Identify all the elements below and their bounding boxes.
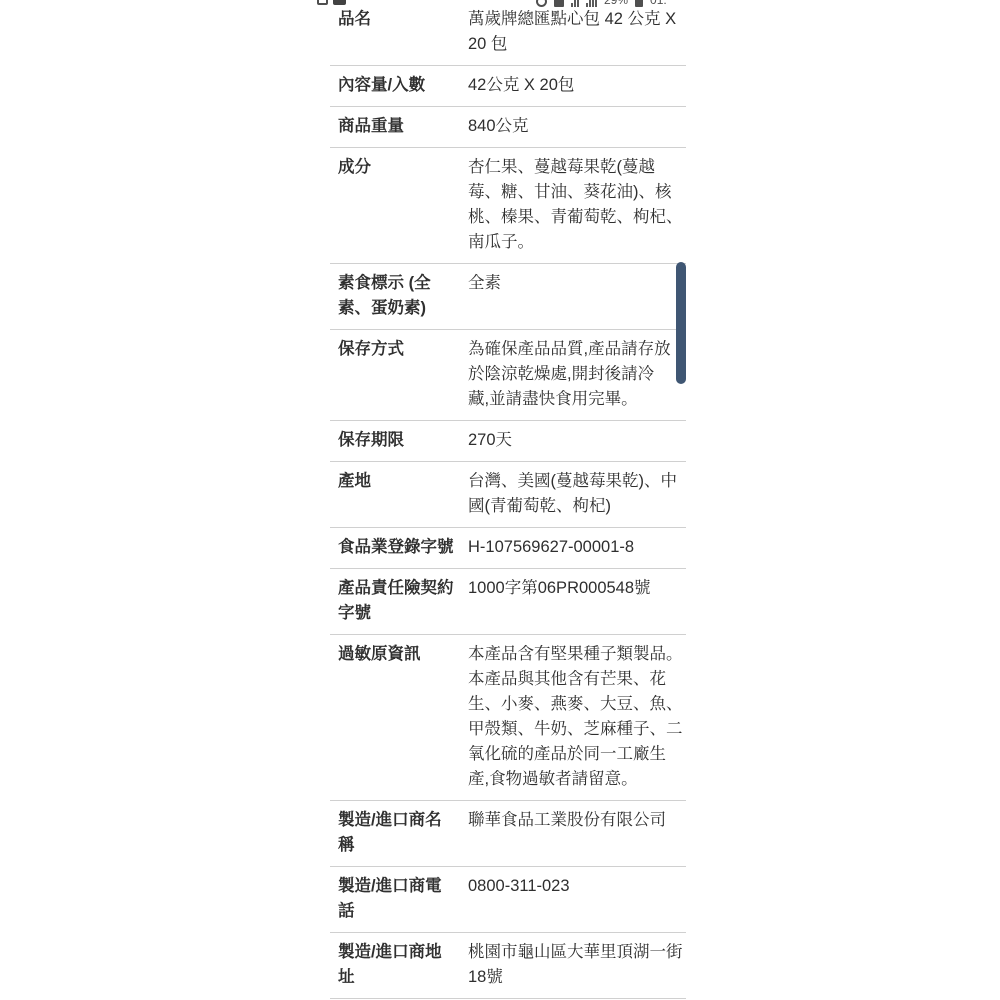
table-row-shelf-life: 保存期限 270天: [330, 421, 686, 462]
notification-filled-icon: [333, 0, 346, 5]
row-value: 1000字第06PR000548號: [468, 576, 686, 626]
person-icon: [554, 0, 564, 7]
row-label: 過敏原資訊: [338, 642, 468, 792]
row-value: H-107569627-00001-8: [468, 535, 686, 560]
row-value: 桃園市龜山區大華里頂湖一街 18號: [468, 940, 686, 990]
table-row-storage-method: 保存方式 為確保產品品質,產品請存放 於陰涼乾燥處,開封後請冷 藏,並請盡快食用…: [330, 330, 686, 421]
notification-outline-icon: [317, 0, 328, 5]
table-row-content-amount: 內容量/入數 42公克 X 20包: [330, 66, 686, 107]
table-row-liability-insurance-number: 產品責任險契約 字號 1000字第06PR000548號: [330, 569, 686, 635]
table-row-ingredients: 成分 杏仁果、蔓越莓果乾(蔓越 莓、糖、甘油、葵花油)、核 桃、榛果、青葡萄乾、…: [330, 148, 686, 264]
vibrate-icon: [571, 0, 579, 7]
row-label: 內容量/入數: [338, 73, 468, 98]
status-bar-left: [317, 0, 346, 5]
row-value: 840公克: [468, 114, 686, 139]
table-row-vegetarian-label: 素食標示 (全 素、蛋奶素) 全素: [330, 264, 686, 330]
table-row-allergen-info: 過敏原資訊 本產品含有堅果種子類製品。 本產品與其他含有芒果、花 生、小麥、燕麥…: [330, 635, 686, 801]
row-label: 產品責任險契約 字號: [338, 576, 468, 626]
status-bar-right: 29% 01:: [536, 0, 667, 7]
table-row-manufacturer-phone: 製造/進口商電 話 0800-311-023: [330, 867, 686, 933]
status-bar: 29% 01:: [0, 0, 1000, 7]
row-label: 製造/進口商名 稱: [338, 808, 468, 858]
battery-percent: 29%: [604, 0, 628, 7]
row-label: 保存方式: [338, 337, 468, 412]
vertical-scrollbar-thumb[interactable]: [676, 262, 686, 384]
row-label: 產地: [338, 469, 468, 519]
battery-icon: [635, 0, 643, 7]
row-value: 為確保產品品質,產品請存放 於陰涼乾燥處,開封後請冷 藏,並請盡快食用完畢。: [468, 337, 686, 412]
row-label: 食品業登錄字號: [338, 535, 468, 560]
product-detail-page: 29% 01: 品名 萬歲牌總匯點心包 42 公克 X 20 包 內容量/入數 …: [0, 0, 1000, 1000]
table-row-product-name: 品名 萬歲牌總匯點心包 42 公克 X 20 包: [330, 7, 686, 66]
row-label: 成分: [338, 155, 468, 255]
row-label: 素食標示 (全 素、蛋奶素): [338, 271, 468, 321]
row-label: 品名: [338, 7, 468, 57]
row-label: 製造/進口商地 址: [338, 940, 468, 990]
row-value: 270天: [468, 428, 686, 453]
row-value: 本產品含有堅果種子類製品。 本產品與其他含有芒果、花 生、小麥、燕麥、大豆、魚、…: [468, 642, 686, 792]
clock-icon: [536, 0, 547, 7]
row-value: 萬歲牌總匯點心包 42 公克 X 20 包: [468, 7, 686, 57]
row-value: 0800-311-023: [468, 874, 686, 924]
table-row-manufacturer-address: 製造/進口商地 址 桃園市龜山區大華里頂湖一街 18號: [330, 933, 686, 999]
product-spec-table: 品名 萬歲牌總匯點心包 42 公克 X 20 包 內容量/入數 42公克 X 2…: [330, 7, 686, 999]
row-value: 聯華食品工業股份有限公司: [468, 808, 686, 858]
row-value: 台灣、美國(蔓越莓果乾)、中 國(青葡萄乾、枸杞): [468, 469, 686, 519]
row-label: 商品重量: [338, 114, 468, 139]
signal-icon: [586, 0, 597, 7]
table-row-food-registration-number: 食品業登錄字號 H-107569627-00001-8: [330, 528, 686, 569]
table-row-origin: 產地 台灣、美國(蔓越莓果乾)、中 國(青葡萄乾、枸杞): [330, 462, 686, 528]
row-label: 保存期限: [338, 428, 468, 453]
table-row-manufacturer-name: 製造/進口商名 稱 聯華食品工業股份有限公司: [330, 801, 686, 867]
row-value: 杏仁果、蔓越莓果乾(蔓越 莓、糖、甘油、葵花油)、核 桃、榛果、青葡萄乾、枸杞、…: [468, 155, 686, 255]
row-label: 製造/進口商電 話: [338, 874, 468, 924]
row-value: 全素: [468, 271, 686, 321]
status-time: 01:: [650, 0, 667, 7]
row-value: 42公克 X 20包: [468, 73, 686, 98]
table-row-product-weight: 商品重量 840公克: [330, 107, 686, 148]
